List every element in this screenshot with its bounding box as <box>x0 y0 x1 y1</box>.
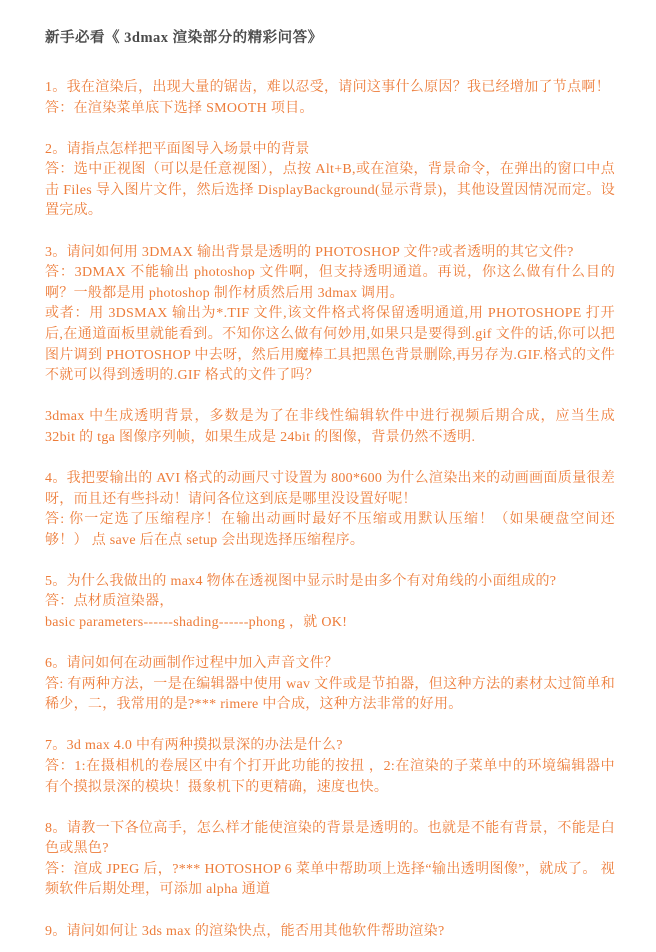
qa-item-3: 3。请问如何用 3DMAX 输出背景是透明的 PHOTOSHOP 文件?或者透明… <box>45 243 615 387</box>
document-page: 新手必看《 3dmax 渲染部分的精彩问答》 1。我在渲染后，出现大量的锯齿，难… <box>0 0 656 952</box>
qa-item-2: 2。请指点怎样把平面图导入场景中的背景 答：选中正视图（可以是任意视图），点按 … <box>45 140 615 222</box>
qa-note-transparent-background: 3dmax 中生成透明背景，多数是为了在非线性编辑软件中进行视频后期合成，应当生… <box>45 407 615 448</box>
qa-item-4: 4。我把要输出的 AVI 格式的动画尺寸设置为 800*600 为什么渲染出来的… <box>45 469 615 551</box>
qa-item-7: 7。3d max 4.0 中有两种摸拟景深的办法是什么? 答：1:在摄相机的卷展… <box>45 736 615 798</box>
qa-item-8: 8。请教一下各位高手，怎么样才能使渲染的背景是透明的。也就是不能有背景，不能是白… <box>45 819 615 901</box>
qa-item-6: 6。请问如何在动画制作过程中加入声音文件？ 答: 有两种方法，一是在编辑器中使用… <box>45 654 615 716</box>
qa-item-5: 5。为什么我做出的 max4 物体在透视图中显示时是由多个有对角线的小面组成的?… <box>45 572 615 634</box>
qa-item-9: 9。请问如何让 3ds max 的渲染快点，能否用其他软件帮助渲染? <box>45 922 615 943</box>
document-content: 1。我在渲染后，出现大量的锯齿，难以忍受，请问这事什么原因？我已经增加了节点啊！… <box>45 78 615 942</box>
document-title: 新手必看《 3dmax 渲染部分的精彩问答》 <box>45 28 614 48</box>
qa-item-1: 1。我在渲染后，出现大量的锯齿，难以忍受，请问这事什么原因？我已经增加了节点啊！… <box>45 78 615 119</box>
